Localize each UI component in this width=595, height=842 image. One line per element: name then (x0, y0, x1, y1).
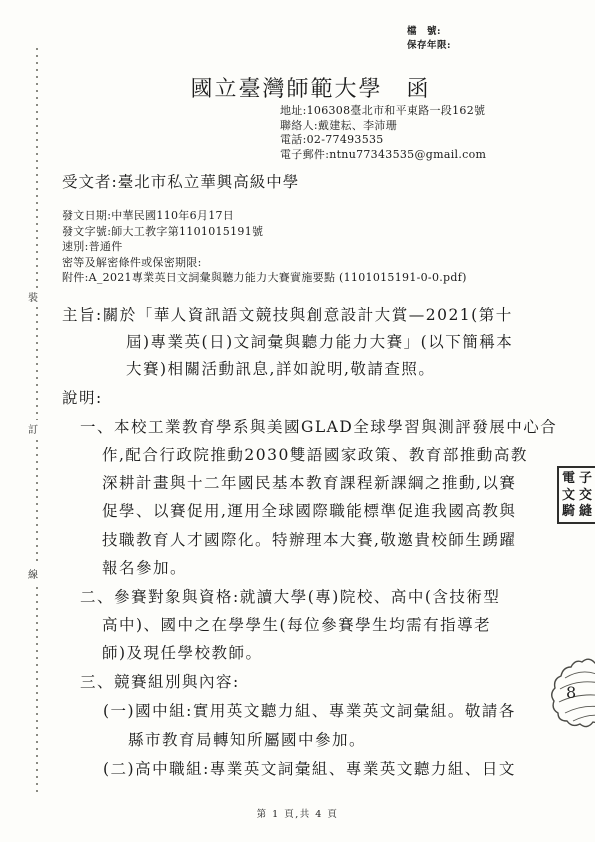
document-title: 國立臺灣師範大學 函 (0, 72, 595, 103)
attachment-line: 附件:A_2021專業英日文詞彙與聽力能力大賽實施要點 (1101015191-… (62, 270, 467, 286)
subject-line: 主旨:關於「華人資訊語文競技與創意設計大賞—2021(第十 (62, 303, 513, 325)
body-line-item1: 一、本校工業教育學系與美國GLAD全球學習與測評發展中心合 (80, 415, 557, 437)
meta-block: 發文日期:中華民國110年6月17日 發文字號:師大工教字第1101015191… (62, 208, 467, 286)
body-line-item2: 高中)、國中之在學學生(每位參賽學生均需有指導老 (102, 613, 491, 635)
issue-number-line: 發文字號:師大工教字第1101015191號 (62, 224, 467, 240)
body-line-sub2: (二)高中職組:專業英文詞彙組、專業英文聽力組、日文 (103, 757, 516, 779)
body-line-sub1: (一)國中組:實用英文聽力組、專業英文詞彙組。敬請各 (103, 699, 516, 721)
subject-line: 屆)專業英(日)文詞彙與聽力能力大賽」(以下簡稱本 (126, 330, 513, 352)
file-number-block: 檔 號: 保存年限: (407, 25, 451, 52)
page-number: 第 1 頁,共 4 頁 (0, 806, 595, 820)
body-line-item2: 二、參賽對象與資格:就讀大學(專)院校、高中(含技術型 (80, 585, 500, 607)
sender-address: 地址:106308臺北市和平東路一段162號 (280, 104, 486, 119)
recipient-line: 受文者:臺北市私立華興高級中學 (62, 170, 299, 192)
body-line-item1: 深耕計畫與十二年國民基本教育課程新課綱之推動,以賽 (102, 471, 516, 493)
perforation-seal: 8 (549, 655, 595, 737)
electronic-exchange-stamp: 電子 文交 騎縫 (557, 466, 595, 524)
issue-date-line: 發文日期:中華民國110年6月17日 (62, 208, 467, 224)
letter-page: 檔 號: 保存年限: 國立臺灣師範大學 函 地址:106308臺北市和平東路一段… (0, 0, 595, 842)
sender-email: 電子郵件:ntnu77343535@gmail.com (280, 148, 486, 163)
stamp-text-row: 文交 (562, 488, 595, 503)
stamp-text-row: 電子 (562, 471, 595, 486)
sender-info-block: 地址:106308臺北市和平東路一段162號 聯絡人:戴建耘、李沛珊 電話:02… (280, 104, 486, 162)
body-line-item1: 報名參加。 (102, 556, 187, 578)
body-line-item1: 技職教育人才國際化。特辦理本大賽,敬邀貴校師生踴躍 (102, 528, 516, 550)
body-line-item1: 促學、以賽促用,運用全球國際職能標準促進我國高教與 (102, 499, 516, 521)
retention-period-label: 保存年限: (407, 39, 451, 53)
file-number-label: 檔 號: (407, 25, 451, 39)
speed-class-line: 速別:普通件 (62, 239, 467, 255)
security-class-line: 密等及解密條件或保密期限: (62, 255, 467, 271)
explanation-heading: 說明: (62, 386, 103, 408)
stamp-text-row: 騎縫 (562, 504, 595, 519)
subject-line: 大賽)相關活動訊息,詳如說明,敬請查照。 (126, 357, 435, 379)
binding-mark-xian: 線 (26, 565, 40, 582)
binding-mark-ding: 訂 (26, 420, 40, 437)
sender-contact: 聯絡人:戴建耘、李沛珊 (280, 119, 486, 134)
body-line-item3: 三、競賽組別與內容: (80, 670, 240, 692)
body-line-sub1: 縣市教育局轉知所屬國中參加。 (128, 728, 366, 750)
seal-number: 8 (566, 683, 576, 702)
body-line-item2: 師)及現任學校教師。 (102, 641, 263, 663)
body-line-item1: 作,配合行政院推動2030雙語國家政策、教育部推動高教 (102, 443, 528, 465)
sender-phone: 電話:02-77493535 (280, 133, 486, 148)
binding-mark-zhuang: 裝 (26, 288, 40, 305)
